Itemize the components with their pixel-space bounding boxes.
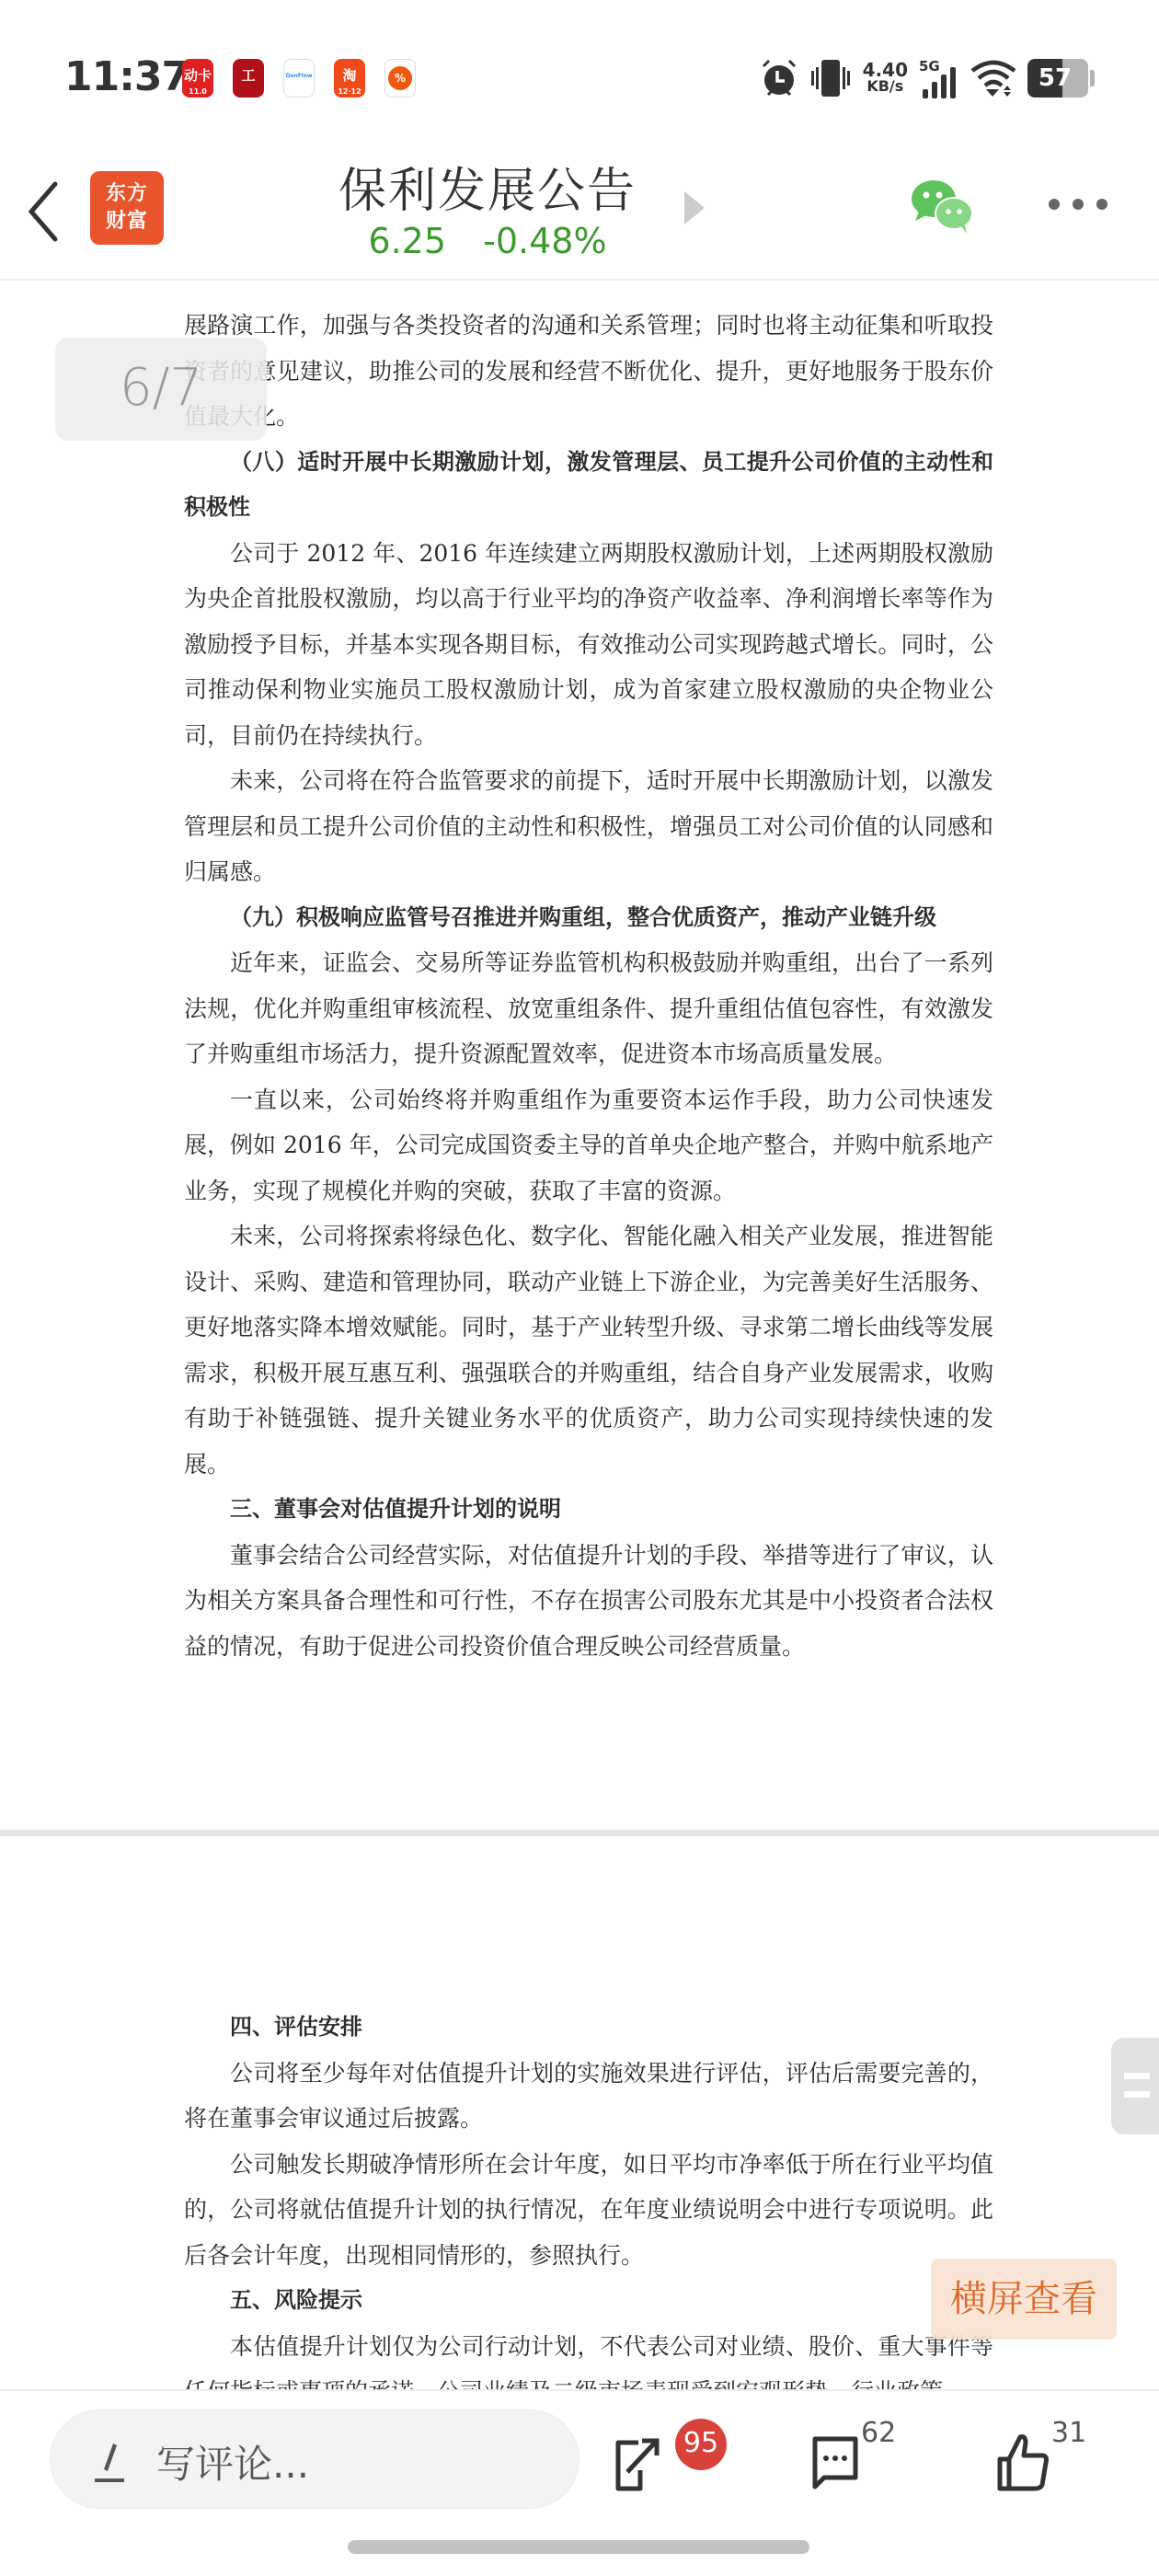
page-separator (0, 1830, 1159, 1836)
paragraph: 展路演工作，加强与各类投资者的沟通和关系管理；同时也将主动征集和听取投资者的意见… (184, 303, 993, 440)
paragraph: 董事会结合公司经营实际，对估值提升计划的手段、举措等进行了审议，认为相关方案具备… (184, 1533, 993, 1670)
section-heading: 五、风险提示 (184, 2278, 993, 2324)
side-drawer-handle[interactable] (1111, 2038, 1159, 2134)
wechat-share-icon[interactable] (906, 175, 980, 239)
page-title[interactable]: 保利发展公告 (304, 152, 671, 221)
paragraph: 本估值提升计划仅为公司行动计划，不代表公司对业绩、股价、重大事件等任何指标或事项… (184, 2324, 993, 2390)
paragraph: 一直以来，公司始终将并购重组作为重要资本运作手段，助力公司快速发展，例如 201… (184, 1077, 993, 1214)
landscape-view-button[interactable]: 横屏查看 (931, 2259, 1117, 2340)
wifi-icon (970, 58, 1016, 98)
comment-count: 62 (861, 2417, 896, 2449)
icbc-app-icon: 工 (233, 59, 264, 98)
section-heading: 三、董事会对估值提升计划的说明 (184, 1487, 993, 1533)
paragraph: 未来，公司将在符合监管要求的前提下，适时开展中长期激励计划，以激发管理层和员工提… (184, 758, 993, 895)
paragraph: 近年来，证监会、交易所等证券监管机构积极鼓励并购重组，出台了一系列法规，优化并购… (184, 940, 993, 1077)
more-options-icon[interactable] (1049, 199, 1107, 210)
stock-price: 6.25 (368, 221, 446, 261)
taobao-app-icon: 淘12·12 (334, 59, 365, 98)
paragraph: 公司触发长期破净情形所在会计年度，如日平均市净率低于所在行业平均值的，公司将就估… (184, 2142, 993, 2279)
status-icons: 4.40 KB/s 5G 57 (760, 57, 1095, 99)
paragraph: 未来，公司将探索将绿色化、数字化、智能化融入相关产业发展，推进智能设计、采购、建… (184, 1213, 993, 1487)
stock-change: -0.48% (483, 221, 606, 261)
section-heading: 四、评估安排 (184, 2005, 993, 2051)
vibrate-icon (809, 58, 852, 98)
document-page-6: 展路演工作，加强与各类投资者的沟通和关系管理；同时也将主动征集和听取投资者的意见… (184, 303, 993, 1669)
comment-input[interactable]: 写评论... (50, 2409, 579, 2509)
status-bar: 11:37 动卡11.0工GenFlow淘12·12% 4.40 KB/s 5G (0, 0, 1159, 147)
document-viewer[interactable]: 展路演工作，加强与各类投资者的沟通和关系管理；同时也将主动征集和听取投资者的意见… (0, 282, 1159, 2389)
like-count: 31 (1051, 2417, 1086, 2449)
orange-app-icon: % (384, 59, 416, 98)
comments-button[interactable]: 62 (800, 2426, 874, 2500)
document-page-7: 四、评估安排公司将至少每年对估值提升计划的实施效果进行评估，评估后需要完善的，将… (184, 2005, 993, 2389)
alarm-icon (760, 58, 798, 98)
section-heading: （八）适时开展中长期激励计划，激发管理层、员工提升公司价值的主动性和积极性 (184, 440, 993, 531)
battery-icon: 57 (1027, 59, 1088, 98)
status-time: 11:37 (64, 53, 189, 100)
share-button[interactable] (607, 2426, 681, 2500)
back-arrow-icon[interactable] (20, 177, 66, 247)
paragraph: 公司于 2012 年、2016 年连续建立两期股权激励计划，上述两期股权激励为央… (184, 531, 993, 759)
share-icon (607, 2426, 681, 2500)
stock-quote: 6.25 -0.48% (304, 221, 671, 261)
paragraph: 公司将至少每年对估值提升计划的实施效果进行评估，评估后需要完善的，将在董事会审议… (184, 2051, 993, 2142)
pencil-icon (91, 2438, 128, 2484)
title-arrow-icon[interactable] (684, 191, 705, 224)
dongka-app-icon: 动卡11.0 (182, 59, 213, 98)
page-indicator: 6/7 (55, 338, 267, 441)
section-heading: （九）积极响应监管号召推进并购重组，整合优质资产，推动产业链升级 (184, 895, 993, 941)
header-bar: 东方 财富 保利发展公告 6.25 -0.48% (0, 147, 1159, 281)
share-count-badge: 95 (675, 2419, 727, 2470)
like-button[interactable]: 31 (989, 2426, 1062, 2500)
home-indicator[interactable] (348, 2540, 809, 2554)
cellular-signal-icon: 5G (919, 58, 959, 98)
eastmoney-logo[interactable]: 东方 财富 (90, 171, 164, 245)
genflow-app-icon: GenFlow (283, 59, 315, 98)
network-speed: 4.40 KB/s (863, 62, 908, 95)
